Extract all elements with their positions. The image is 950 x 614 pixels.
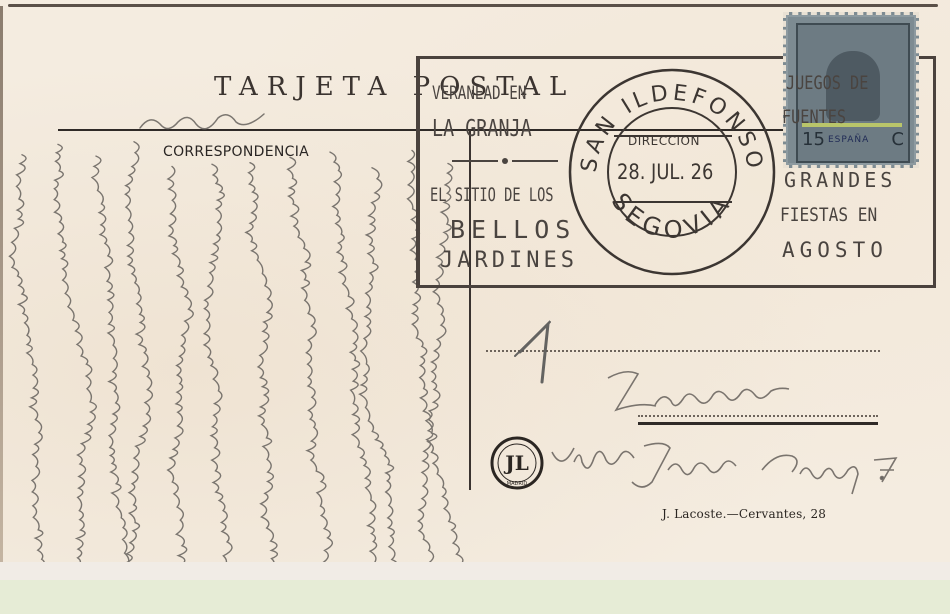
- stamp-currency: C: [891, 129, 904, 150]
- postmark-bar-text: DIRECCION: [628, 134, 700, 148]
- slogan-line: FUENTES: [782, 108, 846, 127]
- ornament-icon: [450, 156, 560, 166]
- slogan-line: FIESTAS EN: [780, 206, 877, 225]
- slogan-line: JARDINES: [440, 250, 578, 272]
- slogan-line: BELLOS: [450, 217, 576, 242]
- scan-artifact-strip: [0, 562, 950, 580]
- address-underline: [638, 422, 878, 425]
- publisher-logo-icon: JL MADRID: [490, 436, 544, 490]
- svg-text:JL: JL: [503, 451, 529, 475]
- scan-bottom-strip: [0, 580, 950, 614]
- stamp-country: ESPAÑA: [828, 135, 869, 145]
- slogan-line: JUEGOS DE: [786, 74, 868, 93]
- address-line-2: [638, 415, 878, 417]
- correspondence-label: CORRESPONDENCIA: [163, 144, 309, 160]
- card-left-edge: [0, 6, 3, 606]
- address-line-1: [486, 350, 880, 352]
- svg-text:MADRID: MADRID: [507, 481, 528, 487]
- card-top-edge: [8, 4, 938, 7]
- slogan-line: AGOSTO: [782, 240, 888, 261]
- postcard-back: TARJETA POSTAL CORRESPONDENCIA: [0, 0, 950, 614]
- svg-text:SEGOVIA: SEGOVIA: [606, 188, 738, 244]
- slogan-line: LA GRANJA: [432, 118, 532, 141]
- postmark-date: 28. JUL. 26: [617, 160, 713, 184]
- publisher-imprint: J. Lacoste.—Cervantes, 28: [662, 507, 826, 521]
- slogan-line: VERANEAD EN: [432, 84, 526, 103]
- slogan-line: GRANDES: [784, 170, 896, 190]
- stamp-value: 15: [802, 129, 825, 150]
- slogan-line: EL SITIO DE LOS: [430, 186, 554, 205]
